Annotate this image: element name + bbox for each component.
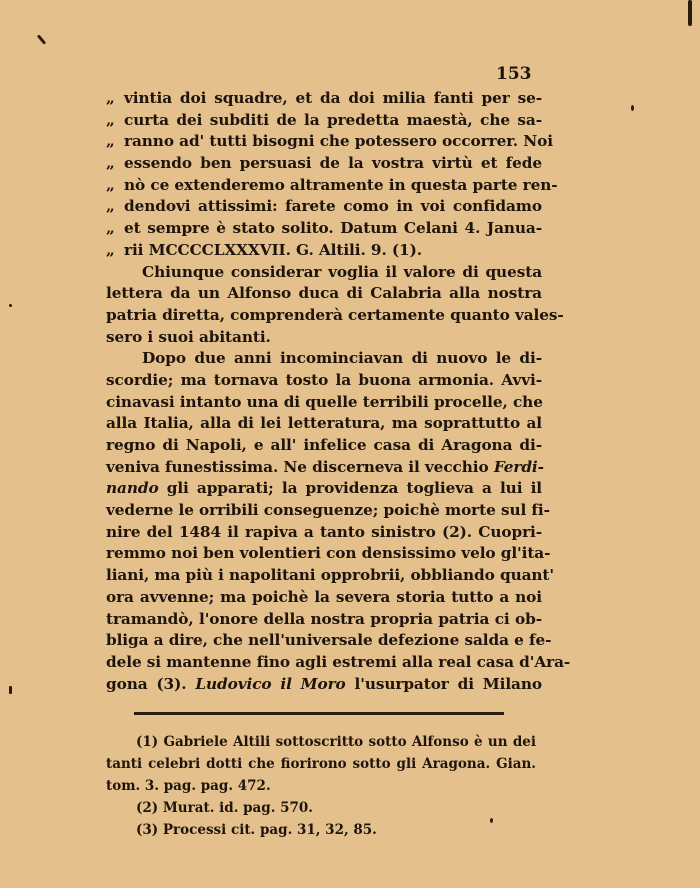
quoted-letter-line: „dendovi attissimi: farete como in voi c… [106, 196, 542, 218]
footnote-line: tanti celebri dotti che fiorirono sotto … [106, 753, 536, 775]
paragraph-line: nando gli apparati; la providenza toglie… [106, 478, 542, 500]
paper-speck [631, 105, 634, 111]
quoted-letter-line: „rii MCCCCLXXXVII. G. Altili. 9. (1). [106, 240, 542, 262]
footnote-line: (3) Processi cit. pag. 31, 32, 85. [106, 819, 536, 841]
quoted-letter-line: „vintia doi squadre, et da doi milia fan… [106, 88, 542, 110]
paragraph-line: cinavasi intanto una di quelle terribili… [106, 392, 542, 414]
book-page: 153 „vintia doi squadre, et da doi milia… [0, 0, 700, 888]
paragraph-line: vederne le orribili conseguenze; poichè … [106, 500, 542, 522]
paragraph-line: lettera da un Alfonso duca di Calabria a… [106, 283, 542, 305]
footnote-line: (1) Gabriele Altili sottoscritto sotto A… [106, 731, 536, 753]
paragraph-line: regno di Napoli, e all' infelice casa di… [106, 435, 542, 457]
quoted-letter-line: „et sempre è stato solito. Datum Celani … [106, 218, 542, 240]
paragraph-line: gona (3). Ludovico il Moro l'usurpator d… [106, 674, 542, 696]
quote-mark: „ [106, 131, 124, 153]
quoted-letter-line: „ranno ad' tutti bisogni che potessero o… [106, 131, 542, 153]
paragraph-line: liani, ma più i napolitani opprobrii, ob… [106, 565, 542, 587]
paragraph-line: patria diretta, comprenderà certamente q… [106, 305, 542, 327]
footnote-line: (2) Murat. id. pag. 570. [106, 797, 536, 819]
italic-name: Ludovico il Moro [195, 675, 345, 693]
quote-mark: „ [106, 153, 124, 175]
paper-speck [490, 818, 493, 823]
quoted-letter-line: „curta dei subditi de la predetta maestà… [106, 110, 542, 132]
page-number: 153 [496, 64, 532, 84]
italic-name: Ferdi- [494, 458, 544, 476]
main-text-block: „vintia doi squadre, et da doi milia fan… [106, 88, 542, 695]
quote-mark: „ [106, 88, 124, 110]
paragraph-line: remmo noi ben volentieri con densissimo … [106, 543, 542, 565]
quote-mark: „ [106, 196, 124, 218]
quoted-letter-line: „essendo ben persuasi de la vostra virtù… [106, 153, 542, 175]
quote-mark: „ [106, 240, 124, 262]
quote-mark: „ [106, 175, 124, 197]
footnotes-block: (1) Gabriele Altili sottoscritto sotto A… [106, 731, 536, 841]
paragraph-line: alla Italia, alla di lei letteratura, ma… [106, 413, 542, 435]
footnote-line: tom. 3. pag. pag. 472. [106, 775, 536, 797]
quote-mark: „ [106, 218, 124, 240]
paragraph-line: dele si mantenne fino agli estremi alla … [106, 652, 542, 674]
paragraph-line: veniva funestissima. Ne discerneva il ve… [106, 457, 542, 479]
paragraph-line: Chiunque considerar voglia il valore di … [106, 262, 542, 284]
paragraph-line: sero i suoi abitanti. [106, 327, 542, 349]
footnote-separator-rule [134, 712, 504, 715]
quoted-letter-line: „nò ce extenderemo altramente in questa … [106, 175, 542, 197]
paper-speck [688, 0, 692, 26]
paragraph-line: ora avvenne; ma poichè la severa storia … [106, 587, 542, 609]
paper-speck [9, 686, 12, 694]
paragraph-line: scordie; ma tornava tosto la buona armon… [106, 370, 542, 392]
paper-speck [37, 34, 46, 44]
quote-mark: „ [106, 110, 124, 132]
paragraph-line: tramandò, l'onore della nostra propria p… [106, 609, 542, 631]
paragraph-line: bliga a dire, che nell'universale defezi… [106, 630, 542, 652]
paper-speck [9, 304, 12, 307]
italic-name: nando [106, 479, 159, 497]
paragraph-line: nire del 1484 il rapiva a tanto sinistro… [106, 522, 542, 544]
paragraph-line: Dopo due anni incominciavan di nuovo le … [106, 348, 542, 370]
